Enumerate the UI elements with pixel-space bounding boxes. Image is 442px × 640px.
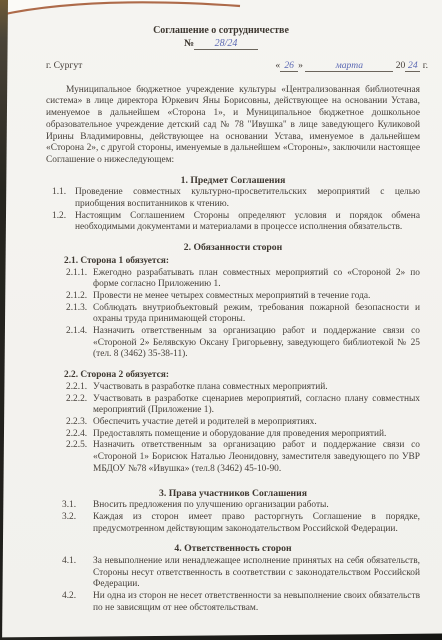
clause-text: Обеспечить участие детей и родителей в м… xyxy=(93,417,420,429)
section-1-heading: 1. Предмет Соглашения xyxy=(46,175,420,187)
clause-number: 3.1. xyxy=(62,500,93,512)
clause-2-1-2: 2.1.2. Провести не менее четырех совмест… xyxy=(66,291,420,303)
clause-text: Назначить ответственным за организацию р… xyxy=(93,440,420,475)
clause-number: 4.1. xyxy=(62,556,93,591)
clause-text: За невыполнение или ненадлежащее исполне… xyxy=(93,556,420,591)
scanned-document: Соглашение о сотрудничестве №28/24 г. Су… xyxy=(0,0,442,640)
clause-4-2: 4.2. Ни одна из сторон не несет ответств… xyxy=(62,591,420,614)
clause-2-1-4: 2.1.4. Назначить ответственным за органи… xyxy=(66,326,420,361)
document-number-line: №28/24 xyxy=(0,38,442,50)
clause-number: 2.2.2. xyxy=(66,394,93,417)
clause-number: 4.2. xyxy=(62,591,93,614)
clause-text: Провести не менее четырех совместных мер… xyxy=(93,291,420,303)
clause-2-2-3: 2.2.3. Обеспечить участие детей и родите… xyxy=(66,417,420,429)
clause-number: 2.2.4. xyxy=(66,429,93,441)
clause-1-2: 1.2. Настоящим Соглашением Стороны опред… xyxy=(52,211,420,234)
clause-text: Предоставлять помещение и оборудование д… xyxy=(93,429,420,441)
preamble-paragraph: Муниципальное бюджетное учреждение культ… xyxy=(46,85,420,167)
city-date-row: г. Сургут «26» марта 2024 г. xyxy=(46,60,428,72)
clause-number: 2.1.1. xyxy=(66,268,93,291)
clause-text: Соблюдать внутриобъектовый режим, требов… xyxy=(93,303,420,326)
date-close-quote: » xyxy=(298,60,303,71)
section-4-heading: 4. Ответственность сторон xyxy=(46,543,420,555)
clause-2-2-2: 2.2.2. Участвовать в разработке сценарие… xyxy=(66,394,420,417)
subsection-2-2-heading: 2.2. Сторона 2 обязуется: xyxy=(64,370,420,382)
date-year-suffix: г. xyxy=(420,60,428,71)
clause-2-2-5: 2.2.5. Назначить ответственным за органи… xyxy=(66,440,420,475)
clause-text: Участвовать в разработке сценариев мероп… xyxy=(93,394,420,417)
clause-4-1: 4.1. За невыполнение или ненадлежащее ис… xyxy=(62,556,420,591)
document-title: Соглашение о сотрудничестве xyxy=(0,25,442,37)
clause-text: Участвовать в разработке плана совместны… xyxy=(93,382,420,394)
document-page: Соглашение о сотрудничестве №28/24 г. Су… xyxy=(0,0,442,640)
section-3-heading: 3. Права участников Соглашения xyxy=(46,488,420,500)
clause-3-2: 3.2. Каждая из сторон имеет право растор… xyxy=(62,512,420,535)
clause-2-2-1: 2.2.1. Участвовать в разработке плана со… xyxy=(66,382,420,394)
number-sign-label: № xyxy=(184,38,194,49)
section-2-heading: 2. Обязанности сторон xyxy=(46,242,420,254)
clause-text: Вносить предложения по улучшению организ… xyxy=(93,500,420,512)
date-year-printed: 20 xyxy=(396,60,406,71)
clause-text: Назначить ответственным за организацию р… xyxy=(93,326,420,361)
subsection-2-1-heading: 2.1. Сторона 1 обязуется: xyxy=(64,256,420,268)
clause-number: 2.1.2. xyxy=(66,291,93,303)
clause-number: 2.1.3. xyxy=(66,303,93,326)
clause-1-1: 1.1. Проведение совместных культурно-про… xyxy=(52,187,420,210)
city-label: г. Сургут xyxy=(46,60,82,72)
clause-text: Проведение совместных культурно-просвети… xyxy=(75,187,420,210)
document-number-handwritten: 28/24 xyxy=(194,39,258,50)
date-month-handwritten: марта xyxy=(305,61,393,72)
clause-2-2-4: 2.2.4. Предоставлять помещение и оборудо… xyxy=(66,429,420,441)
clause-2-1-3: 2.1.3. Соблюдать внутриобъектовый режим,… xyxy=(66,303,420,326)
clause-text: Ежегодно разрабатывать план совместных м… xyxy=(93,268,420,291)
clause-text: Каждая из сторон имеет право расторгнуть… xyxy=(93,512,420,535)
clause-2-1-1: 2.1.1. Ежегодно разрабатывать план совме… xyxy=(66,268,420,291)
clause-number: 1.2. xyxy=(52,211,75,234)
clause-number: 2.2.3. xyxy=(66,417,93,429)
clause-3-1: 3.1. Вносить предложения по улучшению ор… xyxy=(62,500,420,512)
date-day-handwritten: 26 xyxy=(280,61,298,72)
clause-number: 2.1.4. xyxy=(66,326,93,361)
clause-number: 3.2. xyxy=(62,512,93,535)
clause-number: 2.2.1. xyxy=(66,382,93,394)
clause-number: 2.2.5. xyxy=(66,440,93,475)
clause-text: Ни одна из сторон не несет ответственнос… xyxy=(93,591,420,614)
date-year-handwritten: 24 xyxy=(405,61,420,72)
date-line: «26» марта 2024 г. xyxy=(275,60,428,72)
clause-text: Настоящим Соглашением Стороны определяют… xyxy=(75,211,420,234)
clause-number: 1.1. xyxy=(52,187,75,210)
